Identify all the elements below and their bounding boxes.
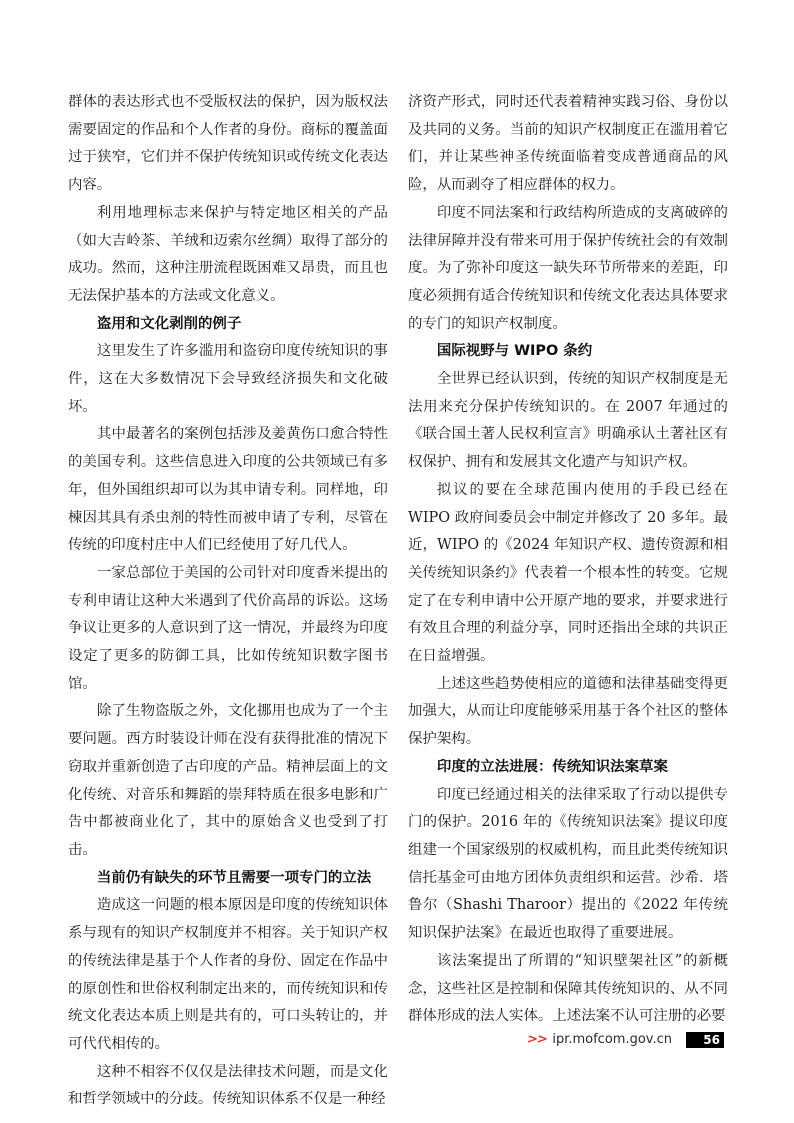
paragraph: 上述这些趋势使相应的道德和法律基础变得更加强大，从而让印度能够采用基于各个社区的… [408,671,728,754]
paragraph: 一家总部位于美国的公司针对印度香米提出的专利申请让这种大米遇到了代价高昂的诉讼。… [68,560,388,699]
paragraph: 这里发生了许多滥用和盗窃印度传统知识的事件，这在大多数情况下会导致经济损失和文化… [68,338,388,421]
paragraph: 印度不同法案和行政结构所造成的支离破碎的法律屏障并没有带来可用于保护传统社会的有… [408,200,728,339]
page-number-badge: 56 [686,1032,724,1048]
footer-url: ipr.mofcom.gov.cn [552,1033,672,1046]
page-number: 56 [703,1033,720,1047]
paragraph: 群体的表达形式也不受版权法的保护，因为版权法需要固定的作品和个人作者的身份。商标… [68,89,388,200]
paragraph: 济资产形式，同时还代表着精神实践习俗、身份以及共同的义务。当前的知识产权制度正在… [408,89,728,200]
section-heading: 国际视野与 WIPO 条约 [408,338,728,366]
section-heading: 印度的立法进展：传统知识法案草案 [408,754,728,782]
paragraph: 利用地理标志来保护与特定地区相关的产品（如大吉岭茶、羊绒和迈索尔丝绸）取得了部分… [68,200,388,311]
footer: >> ipr.mofcom.gov.cn 56 [0,1031,724,1048]
paragraph: 该法案提出了所谓的“知识壁架社区”的新概念，这些社区是控制和保障其传统知识的、从… [408,948,728,1031]
section-heading: 盗用和文化剥削的例子 [68,311,388,339]
paragraph: 印度已经通过相关的法律采取了行动以提供专门的保护。2016 年的《传统知识法案》… [408,782,728,948]
left-column: 群体的表达形式也不受版权法的保护，因为版权法需要固定的作品和个人作者的身份。商标… [68,89,388,1114]
paragraph: 这种不相容不仅仅是法律技术问题，而是文化和哲学领域中的分歧。传统知识体系不仅是一… [68,1059,388,1114]
paragraph: 拟议的要在全球范围内使用的手段已经在 WIPO 政府间委员会中制定并修改了 20… [408,477,728,671]
right-column: 济资产形式，同时还代表着精神实践习俗、身份以及共同的义务。当前的知识产权制度正在… [408,89,728,1031]
paragraph: 全世界已经认识到，传统的知识产权制度是无法用来充分保护传统知识的。在 2007 … [408,366,728,477]
double-chevron-icon: >> [526,1033,548,1046]
paragraph: 其中最著名的案例包括涉及姜黄伤口愈合特性的美国专利。这些信息进入印度的公共领域已… [68,421,388,560]
paragraph: 除了生物盗版之外，文化挪用也成为了一个主要问题。西方时装设计师在没有获得批准的情… [68,698,388,864]
section-heading: 当前仍有缺失的环节且需要一项专门的立法 [68,865,388,893]
document-page: 群体的表达形式也不受版权法的保护，因为版权法需要固定的作品和个人作者的身份。商标… [0,0,794,1123]
